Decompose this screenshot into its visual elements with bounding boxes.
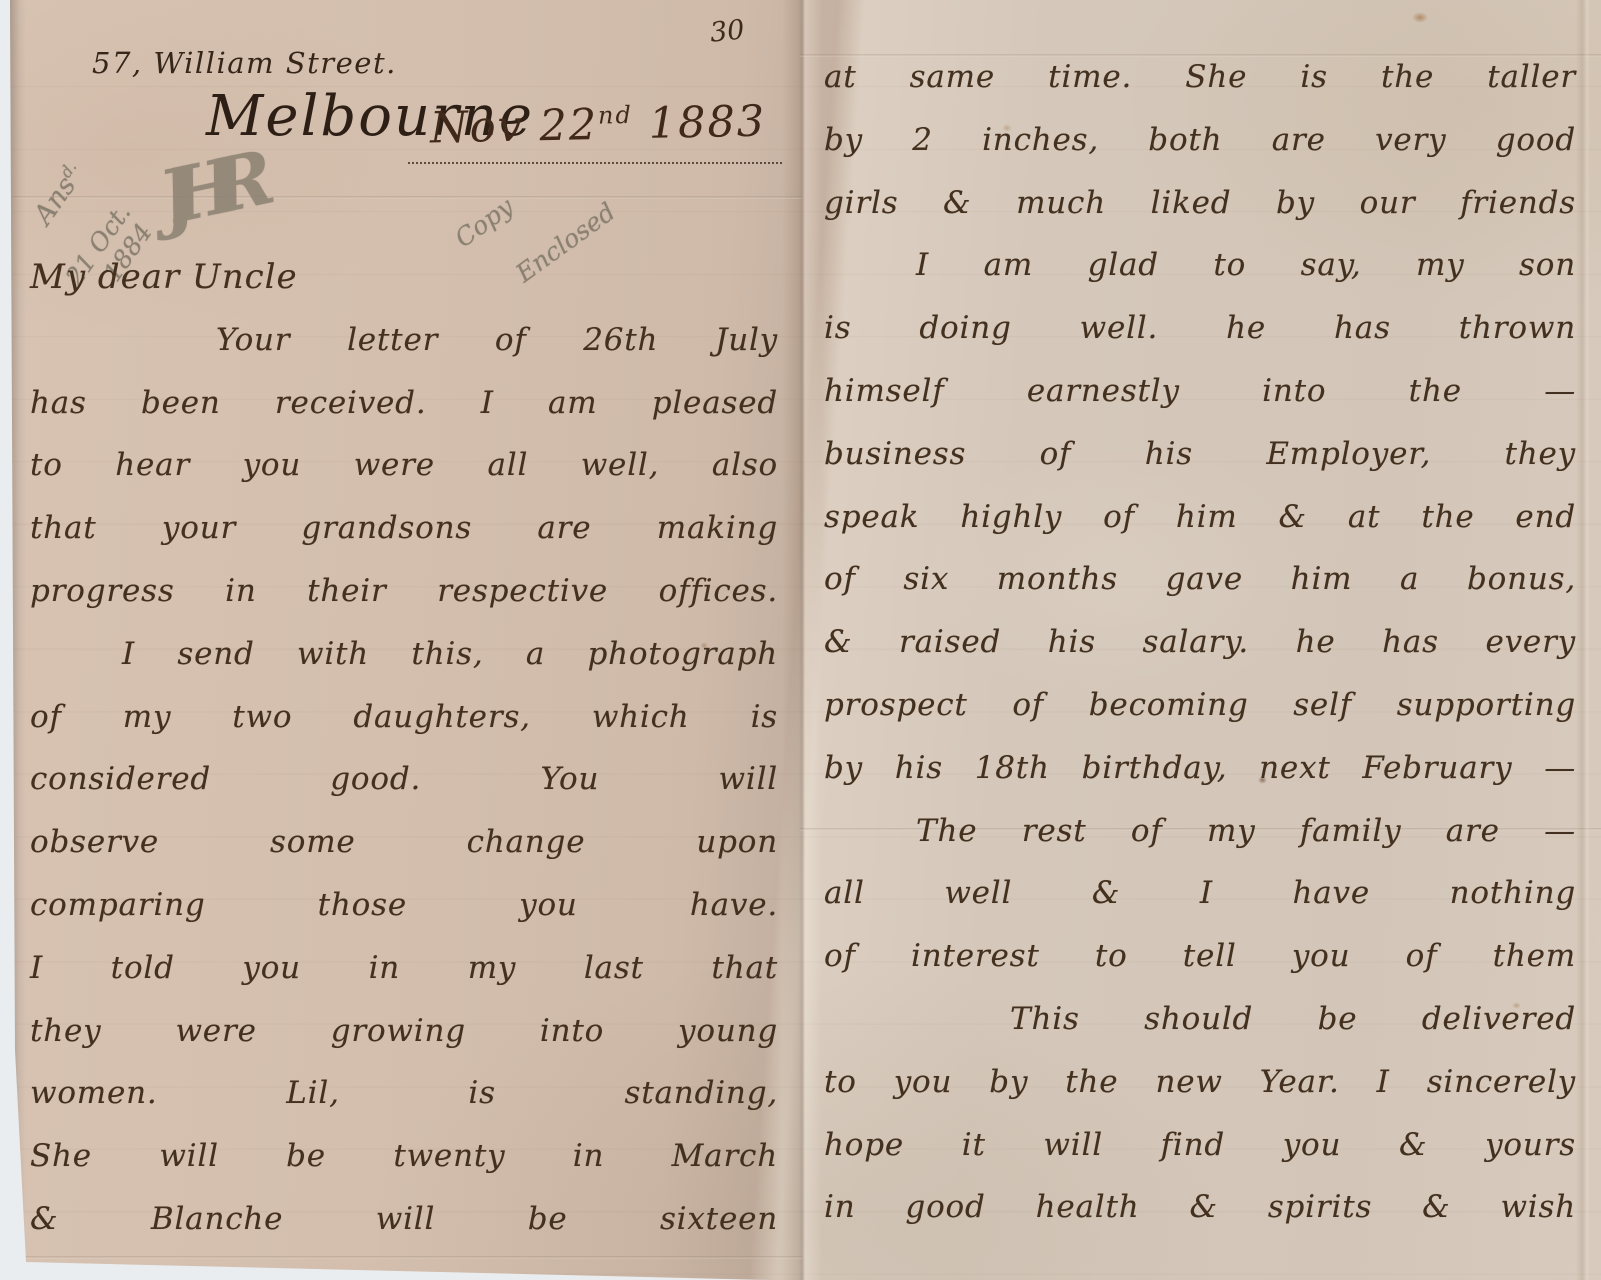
handwritten-line: observe some change upon	[30, 811, 778, 874]
handwritten-line: progress in their respective offices.	[30, 560, 778, 623]
handwritten-line: of interest to tell you of them	[824, 925, 1576, 988]
handwritten-line: in good health & spirits & wish	[824, 1176, 1576, 1239]
center-fold-crease	[782, 0, 822, 1280]
handwritten-line: to hear you were all well, also	[30, 434, 778, 497]
handwritten-line: considered good. You will	[30, 748, 778, 811]
handwritten-line: comparing those you have.	[30, 874, 778, 937]
handwritten-line: Your letter of 26th July	[30, 309, 778, 372]
handwritten-line: I send with this, a photograph	[30, 623, 778, 686]
handwritten-line: & raised his salary. he has every	[824, 611, 1576, 674]
handwritten-line: of my two daughters, which is	[30, 686, 778, 749]
handwritten-line: The rest of my family are —	[824, 800, 1576, 863]
letterhead-street-address: 57, William Street.	[92, 46, 397, 80]
handwritten-line: I told you in my last that	[30, 937, 778, 1000]
handwritten-line: by 2 inches, both are very good	[824, 109, 1576, 172]
handwritten-line: of six months gave him a bonus,	[824, 548, 1576, 611]
handwritten-date: Nov 22nd 1883	[430, 96, 767, 153]
salutation: My dear Uncle	[30, 246, 778, 309]
handwritten-line: speak highly of him & at the end	[824, 486, 1576, 549]
horizontal-fold-crease	[12, 1256, 802, 1259]
handwritten-line: that your grandsons are making	[30, 497, 778, 560]
handwritten-line: This should be delivered	[824, 988, 1576, 1051]
handwritten-line: to you by the new Year. I sincerely	[824, 1051, 1576, 1114]
handwritten-line: by his 18th birthday, next February —	[824, 737, 1576, 800]
paper-right-edge-fold	[1576, 0, 1590, 1280]
handwritten-line: has been received. I am pleased	[30, 372, 778, 435]
handwritten-line: himself earnestly into the —	[824, 360, 1576, 423]
paper-stain	[1412, 12, 1428, 23]
pencil-answered-note: Ansd.	[27, 158, 91, 230]
scanned-letter-screenshot: { "letterhead": { "address": "57, Willia…	[0, 0, 1601, 1280]
letter-paper: 57, William Street. Melbourne Nov 22nd 1…	[0, 0, 1601, 1280]
date-day: Nov 22	[430, 100, 599, 154]
handwritten-line: girls & much liked by our friends	[824, 172, 1576, 235]
handwritten-line: they were growing into young	[30, 1000, 778, 1063]
handwritten-line: prospect of becoming self supporting	[824, 674, 1576, 737]
handwritten-line: all well & I have nothing	[824, 862, 1576, 925]
pencil-initials-monogram: JHR	[152, 140, 256, 243]
right-page-text: at same time. She is the tallerby 2 inch…	[824, 46, 1576, 1239]
handwritten-line: is doing well. he has thrown	[824, 297, 1576, 360]
handwritten-line: women. Lil, is standing,	[30, 1062, 778, 1125]
pencil-copy-note-word1: Copy	[450, 192, 519, 253]
handwritten-line: hope it will find you & yours	[824, 1114, 1576, 1177]
date-year: 1883	[648, 96, 766, 148]
answered-word: Ans	[28, 171, 83, 230]
folio-number: 30	[708, 14, 745, 48]
date-ordinal-superscript: nd	[598, 101, 633, 130]
handwritten-line: at same time. She is the taller	[824, 46, 1576, 109]
handwritten-line: & Blanche will be sixteen	[30, 1188, 778, 1251]
handwritten-line: She will be twenty in March	[30, 1125, 778, 1188]
handwritten-line: business of his Employer, they	[824, 423, 1576, 486]
horizontal-fold-crease	[12, 196, 802, 199]
right-page-body: at same time. She is the tallerby 2 inch…	[824, 46, 1576, 1239]
paper-left-edge-shadow	[10, 0, 26, 1280]
left-page-body: Your letter of 26th Julyhas been receive…	[30, 309, 778, 1251]
left-page-text: My dear Uncle Your letter of 26th Julyha…	[30, 246, 778, 1251]
handwritten-line: I am glad to say, my son	[824, 234, 1576, 297]
